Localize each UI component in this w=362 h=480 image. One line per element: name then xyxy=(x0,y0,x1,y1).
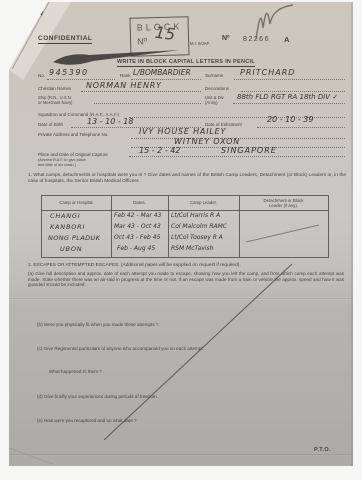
question-2c2-text: What happened to them ? xyxy=(49,369,249,374)
serial-number: 82266 xyxy=(243,36,270,43)
decorations-label: Decorations xyxy=(205,86,229,91)
field-line xyxy=(94,103,201,104)
mi-reference: M.I. 9/JAP. xyxy=(190,41,210,46)
scanned-pow-form: CONFIDENTIAL BLOCK Nº 15 M.I. 9/JAP. Nº … xyxy=(0,0,362,480)
block-number-handwritten: 15 xyxy=(154,23,176,44)
camps-table: Camp or Hospital. Dates. Camp Leader. De… xyxy=(41,195,329,258)
christian-names-label: Christian Names xyxy=(38,86,71,91)
unit-div-label: Unit & Div. (Army) xyxy=(205,95,224,105)
leader-cell: Lt/Col Toosey R A xyxy=(171,234,223,241)
address-value-line1: IVY HOUSE HAILEY xyxy=(139,127,226,136)
crease-middle xyxy=(9,298,353,300)
question-2e-text: (e) How were you recaptured and on what … xyxy=(37,418,337,423)
surname-value: PRITCHARD xyxy=(240,68,295,77)
field-line xyxy=(241,91,345,92)
paper-sheet: CONFIDENTIAL BLOCK Nº 15 M.I. 9/JAP. Nº … xyxy=(9,2,353,466)
date-of-birth-value: 13 - 10 - 18 xyxy=(87,117,133,126)
field-line xyxy=(234,79,345,80)
table-header-divider xyxy=(42,210,328,211)
instruction-line: WRITE IN BLOCK CAPITAL LETTERS IN PENCIL xyxy=(117,59,255,67)
no-value: 945390 xyxy=(49,68,89,77)
address-label: Private Address and Telephone No. xyxy=(38,132,108,137)
table-column-divider xyxy=(168,196,169,257)
bottom-left-crease xyxy=(9,448,53,464)
question-2d-text: (d) Give briefly your experiences during… xyxy=(37,394,337,399)
dates-cell: Mar 43 - Oct 43 xyxy=(114,223,161,230)
question-2b-text: (b) Were you physically fit when you mad… xyxy=(37,322,337,327)
dates-cell: Oct 43 - Feb 45 xyxy=(114,234,160,241)
table-header-detachment: Detachment or Block Leader (if any). xyxy=(239,198,328,208)
table-header-dates: Dates. xyxy=(111,200,168,205)
table-header-leader: Camp Leader. xyxy=(168,200,239,205)
dates-cell: Feb 42 - Mar 43 xyxy=(114,212,161,219)
camp-cell: KANBORI xyxy=(50,223,85,231)
pto-label: P.T.O. xyxy=(314,447,331,453)
section-2-heading: 2. ESCAPES OR ATTEMPTED ESCAPES. (Additi… xyxy=(28,263,346,268)
surname-label: Surname xyxy=(205,73,223,78)
field-line xyxy=(129,156,345,157)
pencil-scribble-nl xyxy=(256,5,293,39)
question-2a-text: (a) Give full description and approx. da… xyxy=(28,271,344,288)
unit-div-value: 88th FLD RGT RA 18th DIV ✓ xyxy=(237,93,338,101)
capture-sublabel: (Aircrew R.A.F. to give place and date o… xyxy=(38,158,86,167)
date-of-birth-label: Date of Birth xyxy=(38,122,63,127)
camp-cell: NONG PLADUK xyxy=(48,234,100,242)
capture-label: Place and Date of Original Capture xyxy=(38,152,108,157)
right-edge-shadow xyxy=(351,2,353,466)
dark-edge-mark-small xyxy=(32,2,34,7)
field-line xyxy=(47,79,115,80)
enlistment-value: 20 - 10 - 39 xyxy=(267,115,313,124)
leader-cell: Col Malcolm RAMC xyxy=(171,223,227,230)
serial-series-letter: A xyxy=(284,35,289,44)
block-stamp-line2: Nº xyxy=(137,36,147,46)
camp-cell: CHANGI xyxy=(50,212,81,220)
camp-cell: UBON xyxy=(60,245,82,253)
dates-cell: Feb - Aug 45 xyxy=(117,245,155,252)
crease-bottom xyxy=(9,454,353,456)
leader-cell: Lt/Col Harris R A xyxy=(171,212,220,219)
leader-cell: RSM McTavish xyxy=(171,245,213,252)
question-2c-text: (c) Give Regimental particulars of anyon… xyxy=(37,346,337,351)
block-stamp-box: BLOCK Nº 15 xyxy=(129,16,189,57)
table-column-divider xyxy=(111,196,112,257)
capture-place-value: SINGAPORE xyxy=(221,146,277,155)
no-label: No. xyxy=(38,73,45,78)
rank-value: L/BOMBARDIER xyxy=(133,68,191,77)
field-line xyxy=(257,127,345,128)
pencil-line-cancel xyxy=(104,264,292,440)
rank-label: Rank xyxy=(120,73,131,78)
serial-no-symbol: Nº xyxy=(222,35,230,42)
address-value-line2: WITNEY OXON xyxy=(174,137,240,146)
field-line xyxy=(81,91,201,92)
capture-date-value: 15 - 2 - 42 xyxy=(139,146,180,155)
ship-label: Ship (R.N., U.S.N. or Merchant Navy) xyxy=(38,95,72,105)
question-1-text: 1. What camps, detachments or hospitals … xyxy=(28,173,346,185)
table-header-camp: Camp or Hospital. xyxy=(42,200,111,205)
christian-names-value: NORMAN HENRY xyxy=(86,81,162,90)
field-line xyxy=(233,103,345,104)
field-line xyxy=(131,79,201,80)
confidential-label: CONFIDENTIAL xyxy=(38,35,92,44)
